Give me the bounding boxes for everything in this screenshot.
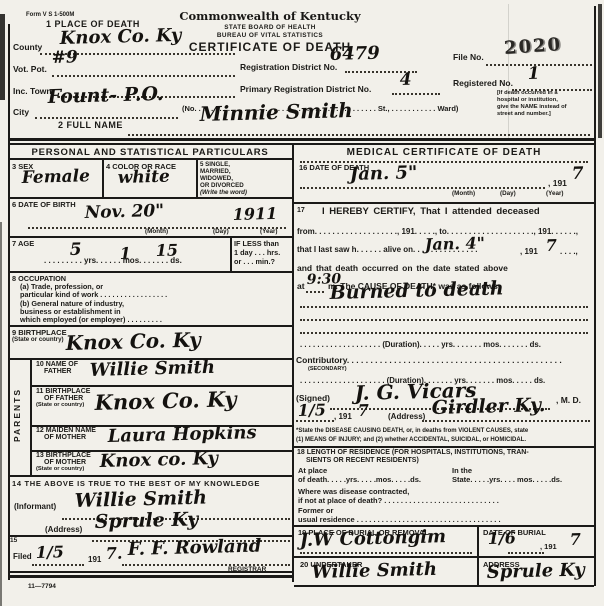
filed-year-value: 7. [106, 544, 123, 563]
dob-year-sublabel: (Year) [260, 228, 278, 235]
full-name-value: Minnie Smith [199, 98, 353, 126]
dod-day-sublabel: (Day) [500, 190, 516, 197]
rule-age-bottom [8, 271, 292, 273]
age-label: 7 AGE [12, 239, 34, 248]
last-saw-year-value: 7 [546, 236, 558, 255]
residence-label-line1: 18 LENGTH OF RESIDENCE (FOR HOSPITALS, I… [297, 449, 529, 456]
full-name-line [128, 133, 590, 136]
precinct-label: Vot. Pot. [13, 64, 47, 74]
rule-burial-bottom [294, 556, 594, 558]
attestation-label: 14 THE ABOVE IS TRUE TO THE BEST OF MY K… [12, 479, 260, 488]
rule-header-double-top [8, 138, 596, 141]
rule-race-marital [196, 158, 198, 197]
rule-dob-bottom [8, 236, 292, 238]
date-of-death-year-value: 7 [571, 164, 583, 184]
scan-fold-line [508, 4, 509, 140]
father-name-value: Willie Smith [89, 357, 215, 381]
occupation-line-a2: particular kind of work . . . . . . . . … [20, 290, 167, 299]
burial-date-value: 1/6 [488, 528, 517, 548]
rule-father-bottom [30, 385, 292, 387]
signed-year-value: 7 [358, 401, 370, 420]
last-saw-value: Jan. 4" [425, 233, 486, 254]
date-of-death-value: Jan. 5" [349, 162, 417, 185]
sex-value: Female [21, 166, 90, 188]
burial-date-line [508, 551, 544, 554]
commonwealth-heading: Commonwealth of Kentucky [170, 9, 370, 23]
rule-parents-bottom [8, 475, 292, 477]
residence-in-state-line1: In the [452, 466, 472, 475]
rule-burial-divider [477, 525, 479, 585]
scan-artifact-left-bar [0, 14, 5, 100]
race-value: white [117, 167, 170, 188]
registration-district-value: 6479 [329, 43, 380, 65]
rule-parents-divider [30, 358, 32, 475]
marital-label-line2: MARRIED, [200, 168, 231, 175]
last-saw-tail: . . . ., [560, 247, 578, 256]
death-certificate-scan: Form V S 1-500M Commonwealth of Kentucky… [0, 0, 604, 606]
dob-label: 6 DATE OF BIRTH [12, 200, 76, 209]
marital-label-line4: OR DIVORCED [200, 182, 244, 189]
medical-section-title: MEDICAL CERTIFICATE OF DEATH [294, 147, 594, 158]
age-units-line: . . . . . . . . . yrs. . . . . . mos. . … [44, 256, 182, 265]
dob-year-value: 1911 [233, 204, 278, 224]
primary-registration-line [392, 92, 440, 95]
certify-line5-at: at [297, 281, 305, 291]
father-name-label-line2: FATHER [44, 368, 71, 375]
burial-year-print: , 191 [540, 542, 557, 551]
rule-right-bottom [294, 585, 594, 587]
rule-right-border [594, 6, 596, 586]
plate-code: 11—7794 [28, 583, 56, 590]
burial-place-line [300, 551, 472, 554]
registrar-signature-value: F. F. Rowland [127, 536, 261, 560]
precinct-line [52, 74, 235, 77]
mother-birthplace-sublabel: (State or country) [36, 466, 84, 472]
registered-no-value: 1 [527, 64, 539, 84]
informant-address-value: Sprule Ky [94, 508, 198, 533]
father-birthplace-label-line1: 11 BIRTHPLACE [36, 388, 90, 395]
file-no-label: File No. [453, 52, 484, 62]
rule-left-border [8, 24, 10, 580]
dob-day-sublabel: (Day) [213, 228, 229, 235]
birthplace-sublabel: (State or country) [12, 336, 64, 343]
rule-center-divider [292, 143, 294, 582]
marital-label-line5: (Write the word) [200, 189, 247, 196]
signed-date-value: 1/5 [298, 400, 327, 420]
burial-year-value: 7 [570, 530, 582, 549]
rule-dod-bottom [294, 202, 594, 204]
file-no-value: 2020 [503, 34, 562, 59]
residence-in-state-line2: State. . . . .yrs. . . . mos. . . . .ds. [452, 475, 562, 484]
city-value: Fount- P.O. [47, 83, 163, 108]
rule-personal-title [8, 158, 292, 160]
informant-address-label: (Address) [45, 525, 82, 534]
residence-label-line2: SIENTS OR RECENT RESIDENTS) [306, 457, 419, 464]
cause-line3 [300, 331, 588, 334]
footnote-line1: *State the DISEASE CAUSING DEATH, or, in… [296, 428, 528, 434]
residence-former-line2: usual residence . . . . . . . . . . . . … [298, 515, 501, 524]
mother-name-label-line2: OF MOTHER [44, 434, 86, 441]
cause-of-death-value: Burned to death [329, 277, 504, 304]
hospital-note-line1: [If death occurred in a [497, 90, 558, 96]
form-code: Form V S 1-500M [26, 12, 74, 18]
secondary-sublabel: (SECONDARY) [308, 366, 347, 372]
informant-label: (Informant) [14, 502, 56, 511]
hospital-note-line3: give the NAME instead of [497, 104, 567, 110]
father-birthplace-sublabel: (State or country) [36, 402, 84, 408]
cause-line1 [300, 305, 588, 308]
hospital-note-line4: street and number.] [497, 111, 551, 117]
certify-line1: I HEREBY CERTIFY, That I attended deceas… [322, 206, 540, 217]
physician-address-label: (Address) [388, 412, 425, 421]
rule-row-sex-bottom [8, 197, 292, 199]
dob-month-sublabel: (Month) [145, 228, 168, 235]
residence-at-place-line2: of death. . . . .yrs. . . . .mos. . . . … [298, 475, 421, 484]
marital-label-line3: WIDOWED, [200, 175, 233, 182]
filed-year-print: 191 [88, 555, 101, 564]
precinct-value: #9 [51, 47, 78, 68]
signed-year-print: , 191 [334, 412, 352, 421]
rule-age-ifless [230, 236, 232, 271]
undertaker-value: Willie Smith [311, 559, 437, 583]
rule-footnote-bottom [294, 446, 594, 448]
ifless-line2: 1 day . . . hrs. [234, 248, 280, 257]
filed-date-value: 1/5 [36, 542, 65, 562]
time-line [306, 290, 324, 293]
undertaker-address-value: Sprule Ky [486, 559, 585, 583]
hospital-note-line2: hospital or institution, [497, 97, 558, 103]
state-board-heading: STATE BOARD OF HEALTH [170, 24, 370, 31]
parents-label: PARENTS [12, 388, 22, 442]
md-label: , M. D. [556, 395, 581, 405]
contributory-label: Contributory. . . . . . . . . . . . . . … [296, 355, 562, 365]
birthplace-value: Knox Co. Ky [65, 327, 201, 355]
city-label: City [13, 107, 29, 117]
mother-name-value: Laura Hopkins [107, 422, 256, 447]
bureau-heading: BUREAU OF VITAL STATISTICS [170, 32, 370, 39]
dod-month-sublabel: (Month) [452, 190, 475, 197]
date-of-death-line [300, 186, 545, 189]
residence-where-line2: if not at place of death? . . . . . . . … [298, 496, 499, 505]
personal-section-title: PERSONAL AND STATISTICAL PARTICULARS [8, 147, 292, 158]
filed-section-number: 15 [10, 537, 17, 544]
filed-label: Filed [13, 552, 32, 561]
rule-sex-race [102, 158, 104, 197]
ifless-line3: or . . . min.? [234, 257, 275, 266]
mother-birthplace-value: Knox co. Ky [99, 448, 218, 472]
city-line [35, 116, 178, 119]
date-of-death-year-print: , 191 [548, 178, 567, 188]
county-value: Knox Co. Ky [59, 25, 181, 49]
footnote-line2: (1) MEANS OF INJURY; and (2) whether ACC… [296, 437, 526, 443]
filed-date-line [32, 563, 84, 566]
rule-left-bottom-double-top [8, 571, 292, 573]
father-name-label-line1: 10 NAME OF [36, 361, 78, 368]
rule-occupation-bottom [8, 325, 292, 327]
inc-town-label: Inc. Town [13, 86, 52, 96]
occupation-line-b3: which employed (or employer) . . . . . .… [20, 315, 162, 324]
registration-district-label: Registration District No. [240, 62, 337, 72]
residence-at-place-line1: At place [298, 466, 327, 475]
marital-label-line1: 5 SINGLE, [200, 161, 230, 168]
county-label: County [13, 42, 42, 52]
primary-registration-label: Primary Registration District No. [240, 84, 371, 94]
full-name-label: 2 FULL NAME [58, 120, 123, 130]
duration-line1: . . . . . . . . . . . . . . . . . . . (D… [300, 340, 541, 349]
primary-registration-value: 4 [399, 70, 411, 90]
scan-artifact-right-bar [598, 4, 602, 138]
last-saw-year-print: , 191 [520, 247, 538, 256]
physician-address-line [422, 419, 590, 422]
rule-left-bottom-double-bottom [8, 575, 294, 578]
mother-birthplace-label-line2: OF MOTHER [44, 459, 86, 466]
dod-year-sublabel: (Year) [546, 190, 564, 197]
father-birthplace-value: Knox Co. Ky [94, 386, 236, 415]
scan-artifact-left-line [0, 222, 2, 606]
certify-section-number: 17 [297, 207, 305, 214]
mother-name-label-line1: 12 MAIDEN NAME [36, 427, 96, 434]
mother-birthplace-label-line1: 13 BIRTHPLACE [36, 452, 91, 459]
cause-line2 [300, 318, 588, 321]
residence-former-line1: Former or [298, 506, 333, 515]
ifless-line1: IF LESS than [234, 239, 279, 248]
registered-no-label: Registered No. [453, 78, 513, 88]
physician-address-value: Girdler Ky. [431, 394, 545, 419]
dob-value: Nov. 20" [84, 201, 164, 223]
father-birthplace-label-line2: OF FATHER [44, 395, 83, 402]
burial-place-value: J.W Cottongim [299, 526, 446, 551]
residence-where-line1: Where was disease contracted, [298, 487, 409, 496]
signed-date-line [296, 419, 334, 422]
rule-header-double-bottom [8, 143, 596, 145]
